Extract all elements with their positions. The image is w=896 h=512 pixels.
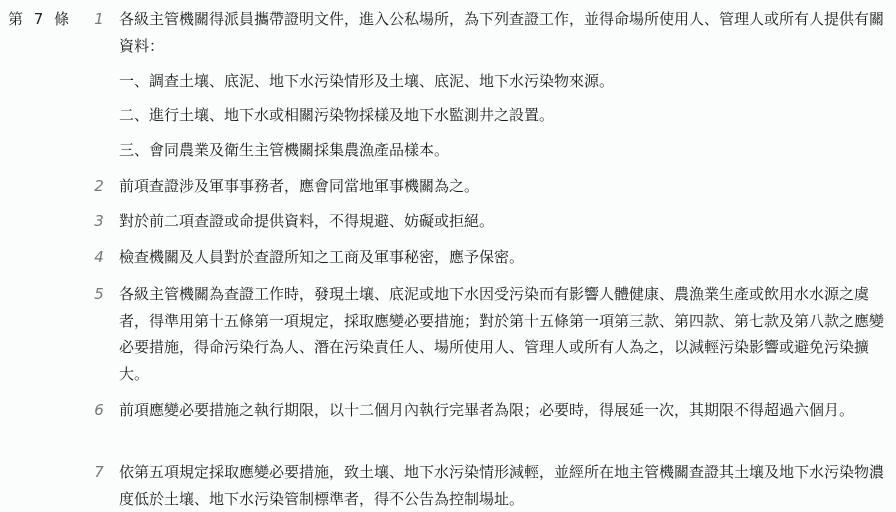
paragraph-text: 對於前二項查證或命提供資料，不得規避、妨礙或拒絕。	[119, 208, 891, 235]
paragraph-text: 各級主管機關得派員攜帶證明文件，進入公私場所，為下列查證工作，並得命場所使用人、…	[119, 6, 891, 59]
paragraph-item-1: 一、調查土壤、底泥、地下水污染情形及土壤、底泥、地下水污染物來源。	[119, 70, 891, 92]
paragraph-number: 2	[92, 175, 106, 197]
paragraph-text: 前項查證涉及軍事事務者，應會同當地軍事機關為之。	[119, 173, 891, 200]
paragraph-number: 5	[92, 283, 106, 305]
paragraph-item-3: 三、會同農業及衛生主管機關採集農漁產品樣本。	[119, 139, 891, 161]
paragraph-number: 6	[92, 399, 106, 421]
paragraph-text: 各級主管機關為查證工作時，發現土壤、底泥或地下水因受污染而有影響人體健康、農漁業…	[119, 281, 891, 387]
paragraph-number: 3	[92, 210, 106, 232]
paragraph-text: 檢查機關及人員對於查證所知之工商及軍事秘密，應予保密。	[119, 244, 891, 271]
paragraph-item-2: 二、進行土壤、地下水或相關污染物採樣及地下水監測井之設置。	[119, 104, 891, 126]
paragraph-number: 7	[92, 461, 106, 483]
paragraph-number: 4	[92, 246, 106, 268]
paragraph-text: 前項應變必要措施之執行期限，以十二個月內執行完畢者為限；必要時，得展延一次，其期…	[119, 397, 891, 424]
article-number: 第 7 條	[8, 8, 72, 30]
paragraph-text: 依第五項規定採取應變必要措施，致土壤、地下水污染情形減輕，並經所在地主管機關查證…	[119, 459, 891, 512]
paragraph-number: 1	[92, 8, 106, 30]
